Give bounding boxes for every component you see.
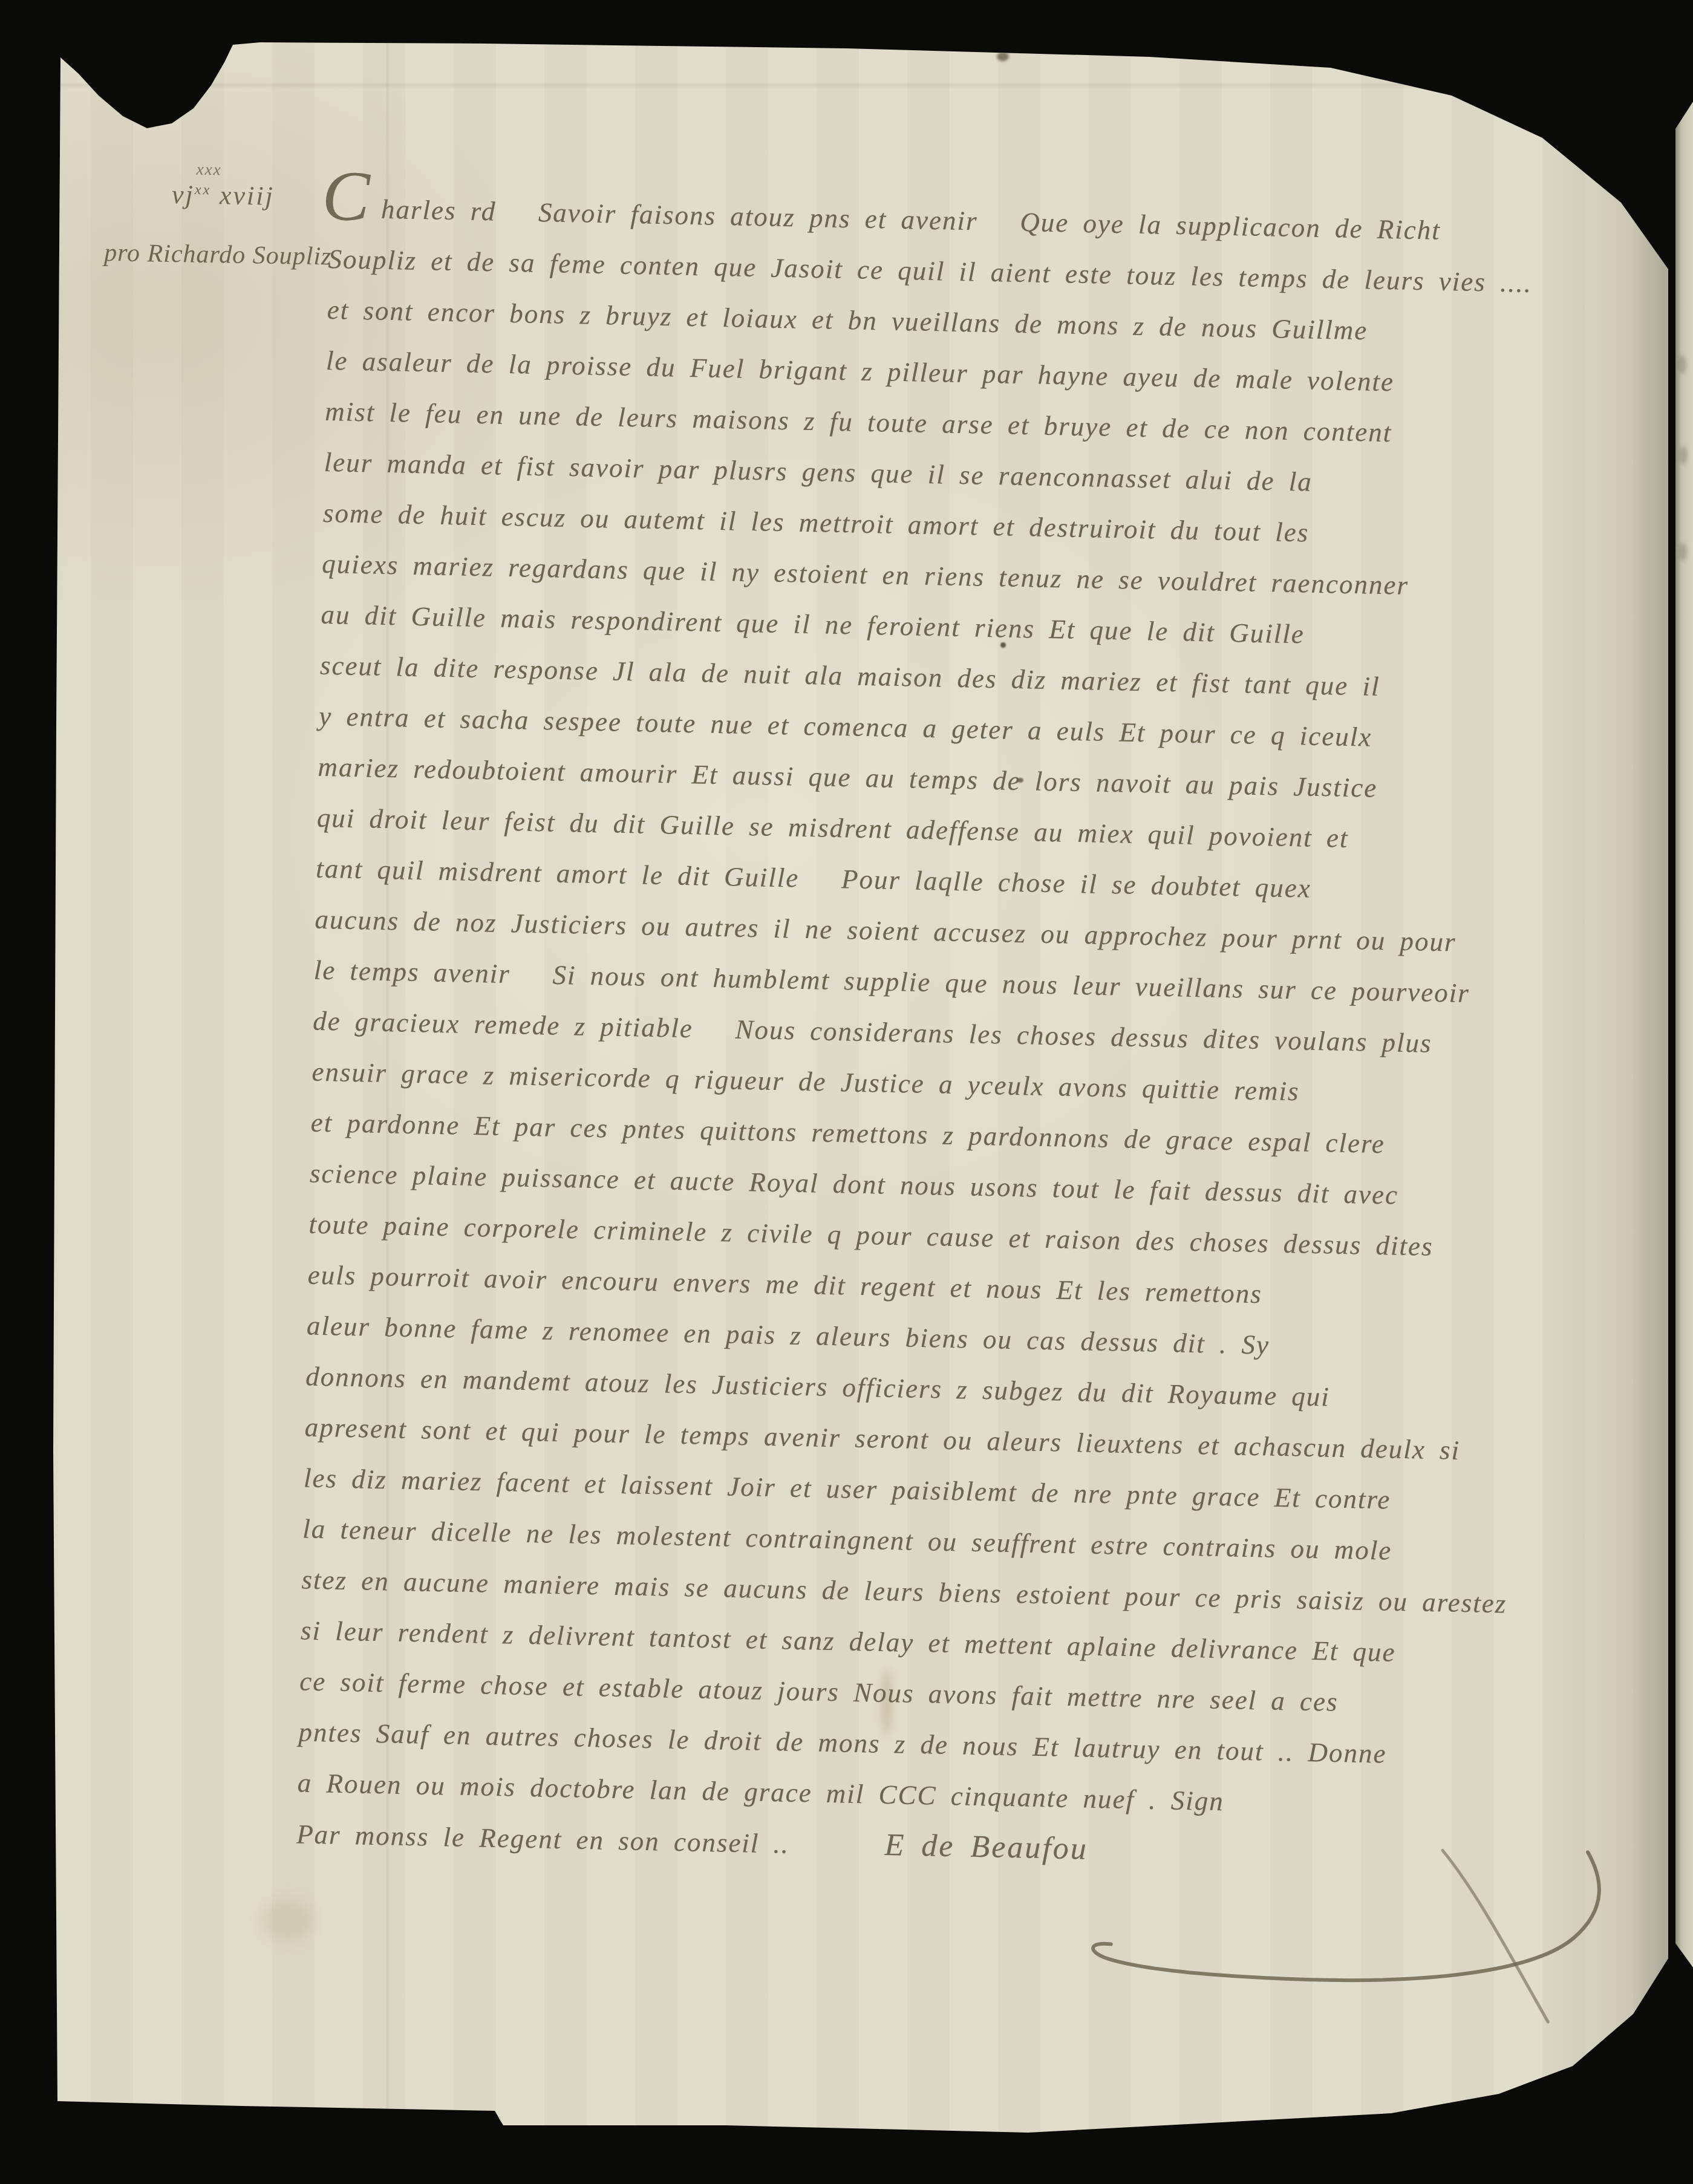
margin-folio-number: vjxx xviij xyxy=(172,179,275,212)
torn-fiber xyxy=(207,37,219,51)
stain xyxy=(260,1899,315,1941)
margin-annotation: xxx vjxx xviij pro Richardo Soupliz xyxy=(106,158,420,164)
torn-fiber xyxy=(495,2116,503,2130)
folio-number-rest: xviij xyxy=(211,180,275,211)
initial-capital: C xyxy=(322,166,372,227)
manuscript-photo: xxx vjxx xviij pro Richardo Soupliz C ha… xyxy=(0,0,1693,2184)
signature-flourish-icon xyxy=(1052,1831,1660,2042)
closing-formula: Par monss le Regent en son conseil .. xyxy=(296,1808,874,1871)
bleedthrough-mark xyxy=(1678,356,1686,374)
bleedthrough-mark xyxy=(1679,446,1688,465)
facing-page-edge xyxy=(1675,102,1693,1986)
folio-number-sup: xx xyxy=(195,182,212,198)
stain xyxy=(997,52,1009,61)
text-block: C harles rd Savoir faisons atouz pns et … xyxy=(296,183,1642,1886)
bleedthrough-mark xyxy=(1678,543,1687,561)
margin-tiny-mark: xxx xyxy=(196,160,221,180)
folio-number-base: vj xyxy=(172,180,195,210)
manuscript-page: xxx vjxx xviij pro Richardo Soupliz C ha… xyxy=(0,0,1693,2184)
margin-note: pro Richardo Soupliz xyxy=(104,238,332,272)
